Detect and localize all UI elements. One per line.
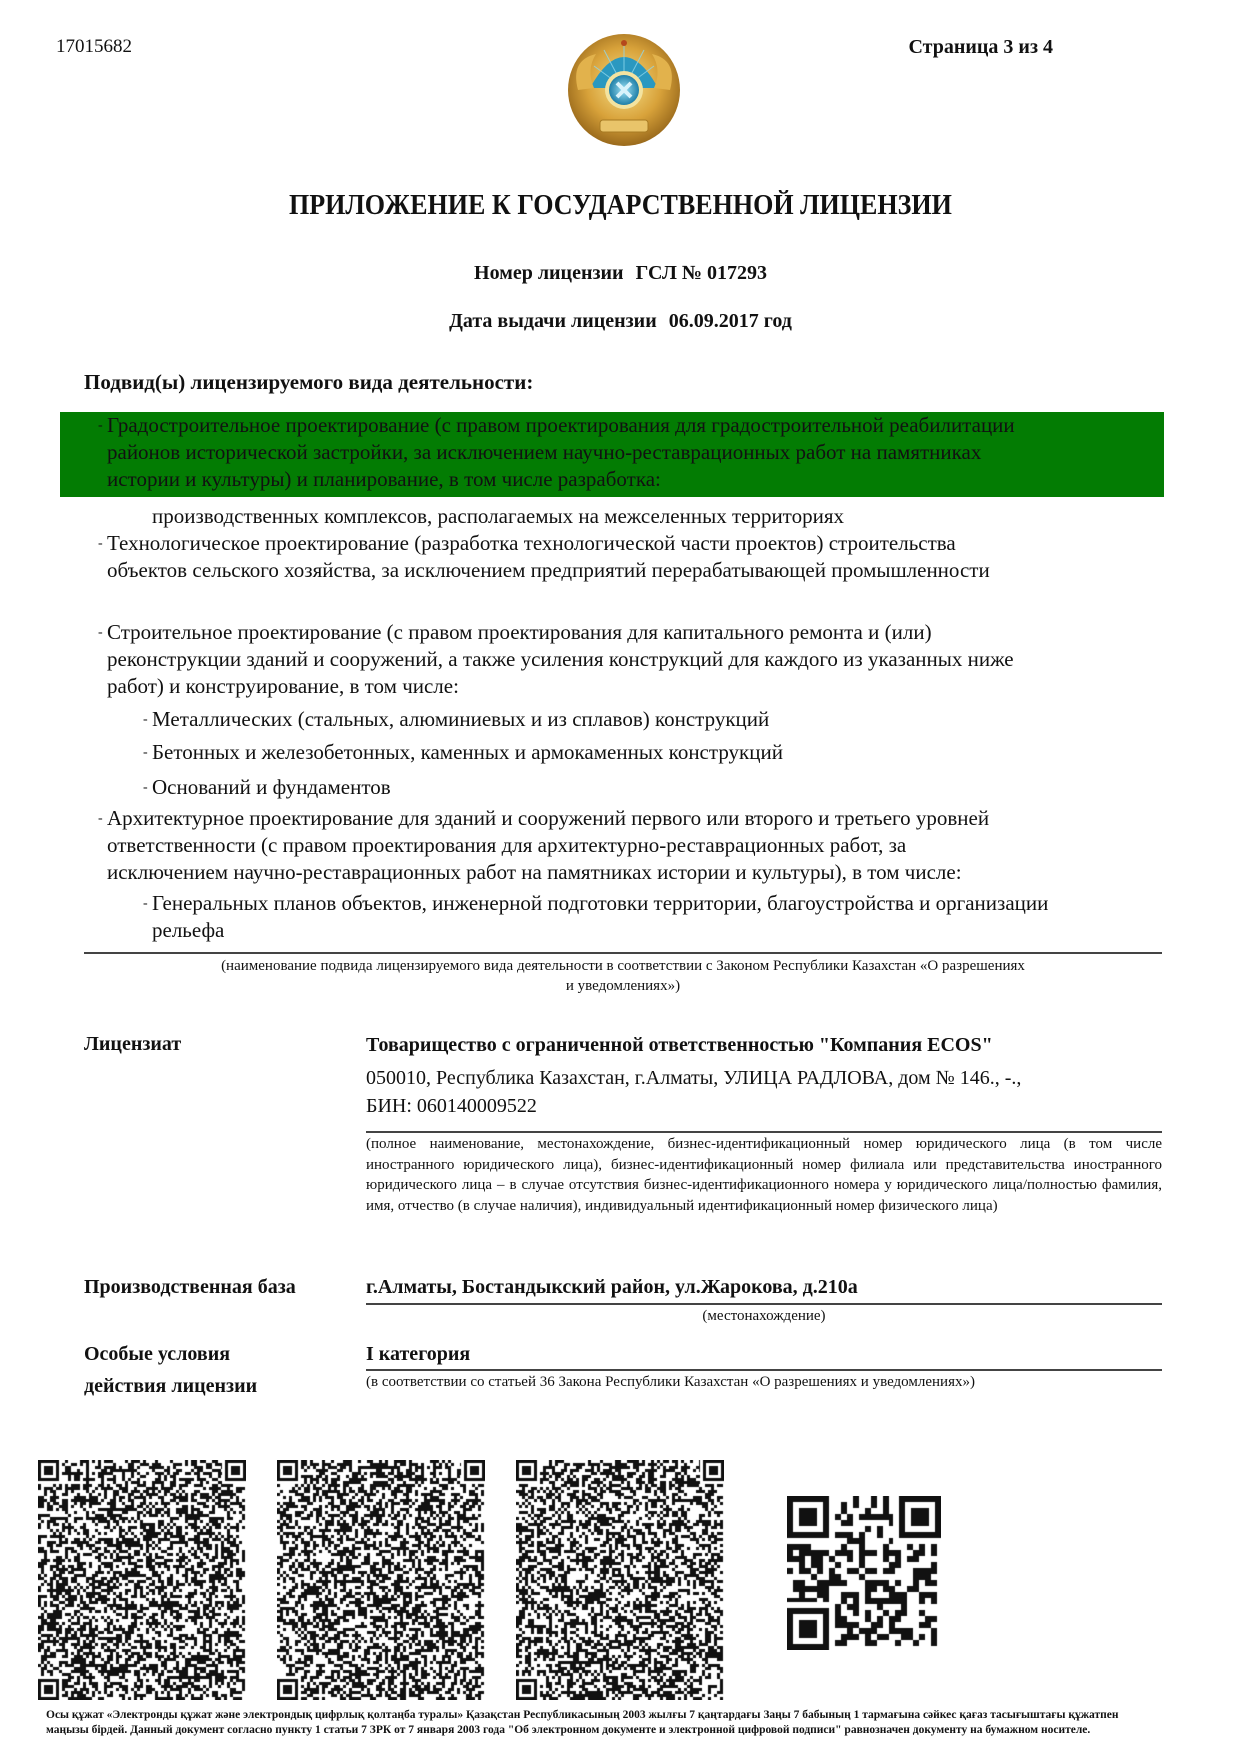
activities-rule [84,952,1162,954]
license-number-value: ГСЛ № 017293 [636,262,767,284]
special-conditions-label-line2: действия лицензии [84,1370,257,1402]
licensee-caption: (полное наименование, местонахождение, б… [366,1134,1162,1216]
activity-item: -Градостроительное проектирование (с пра… [107,412,1170,493]
activities-caption: (наименование подвида лицензируемого вид… [84,956,1162,996]
production-base-caption: (местонахождение) [366,1306,1162,1326]
qr-code-4-icon [787,1496,941,1650]
production-base-label: Производственная база [84,1271,296,1303]
bullet-dash-icon: - [98,530,103,557]
activity-item: -Металлических (стальных, алюминиевых и … [152,706,1170,733]
bullet-dash-icon: - [98,619,103,646]
qr-code-3-icon [516,1460,724,1700]
activity-item: -Строительное проектирование (с правом п… [107,619,1170,700]
legal-footer: Осы құжат «Электронды құжат және электро… [46,1708,1206,1738]
page-indicator: Страница 3 из 4 [908,36,1053,59]
special-conditions-value: I категория [366,1343,470,1366]
activity-item: -Оснований и фундаментов [152,774,1170,801]
bullet-dash-icon: - [98,805,103,832]
activities-caption-line2: и уведомлениях») [84,976,1162,996]
bullet-dash-icon: - [143,890,148,917]
footer-line2: маңызы бірдей. Данный документ согласно … [46,1723,1206,1738]
page-title: ПРИЛОЖЕНИЕ К ГОСУДАРСТВЕННОЙ ЛИЦЕНЗИИ [43,190,1197,222]
bullet-dash-icon: - [143,739,148,766]
footer-line1: Осы құжат «Электронды құжат және электро… [46,1708,1206,1723]
bullet-dash-icon: - [143,774,148,801]
special-conditions-label: Особые условия действия лицензии [84,1338,257,1402]
state-emblem-icon [560,30,688,154]
licensee-address: 050010, Республика Казахстан, г.Алматы, … [366,1064,1021,1092]
production-base-value: г.Алматы, Бостандыкский район, ул.Жароко… [366,1276,858,1299]
activity-item: производственных комплексов, располагаем… [152,503,1170,530]
document-number: 17015682 [56,36,132,58]
activity-item: -Бетонных и железобетонных, каменных и а… [152,739,1170,766]
qr-code-2-icon [277,1460,485,1700]
activity-item: -Генеральных планов объектов, инженерной… [152,890,1170,944]
special-conditions-label-line1: Особые условия [84,1338,257,1370]
activity-item: -Технологическое проектирование (разрабо… [107,530,1170,584]
license-number-label: Номер лицензии [474,262,624,284]
bullet-dash-icon: - [143,706,148,733]
licensee-rule [366,1131,1162,1133]
license-number: Номер лицензииГСЛ № 017293 [0,262,1241,285]
license-date-value: 06.09.2017 год [669,310,792,332]
qr-code-1-icon [38,1460,246,1700]
special-conditions-rule [366,1369,1162,1371]
special-conditions-caption: (в соответствии со статьей 36 Закона Рес… [366,1372,1162,1392]
activities-caption-line1: (наименование подвида лицензируемого вид… [84,956,1162,976]
activities-heading: Подвид(ы) лицензируемого вида деятельнос… [84,370,533,395]
license-date: Дата выдачи лицензии06.09.2017 год [0,310,1241,333]
licensee-label: Лицензиат [84,1028,181,1060]
activity-item: -Архитектурное проектирование для зданий… [107,805,1170,886]
production-base-rule [366,1303,1162,1305]
licensee-name: Товарищество с ограниченной ответственно… [366,1034,993,1057]
bullet-dash-icon: - [98,412,103,439]
licensee-bin: БИН: 060140009522 [366,1092,537,1120]
license-date-label: Дата выдачи лицензии [449,310,657,332]
